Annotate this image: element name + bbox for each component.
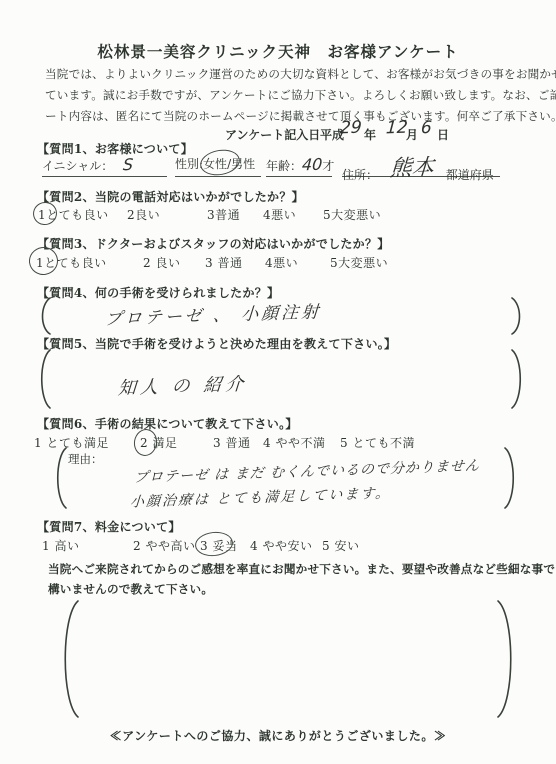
q1-age-field: 年齢：40才 [266,155,332,177]
form-title: 松林景一美容クリニック天神 お客様アンケート [0,40,556,62]
feedback-prompt-line1: 当院へご来院されてからのご感想を率直にお聞かせ下さい。また、要望や改善点など些細… [48,561,556,577]
feedback-bracket-left [58,600,80,718]
q3-option-3: 3 普通 [205,254,242,271]
q6-reason-line1-handwritten: プロテーゼ は まだ むくんでいるので分かりません [133,455,480,487]
q7-option-5: 5 安い [322,537,359,554]
q1-address-field: 住所： 熊本 都道府県 [342,155,500,177]
q6-option-3: 3 普通 [213,434,250,451]
date-month-unit: 月 [406,126,418,143]
date-label: アンケート記入日 [225,126,320,143]
q1-age-label: 年齢： [266,159,302,173]
q4-header: 【質問4、何の手術を受けられましたか？】 [37,284,279,301]
survey-scan-page: 松林景一美容クリニック天神 お客様アンケート 当院では、よりよいクリニック運営の… [0,0,556,764]
q5-answer-bracket-left [36,349,52,409]
intro-line-3: ート内容は、匿名にて当院のホームページに掲載させて頂く事もございます。何卒ご了承… [45,108,556,124]
q3-option-5: 5大変悪い [330,254,388,271]
q6-reason-bracket-left [52,447,68,509]
q5-header: 【質問5、当院で手術を受けようと決めた理由を教えて下さい。】 [37,335,396,352]
q1-initial-field: イニシャル： S [42,155,167,177]
q2-header: 【質問2、当院の電話対応はいかがでしたか？】 [37,188,304,205]
date-month-handwritten: 12 [385,118,408,139]
q1-initial-handwritten: S [122,155,133,174]
thanks-line: ≪アンケートへのご協力、誠にありがとうございました。≫ [0,727,556,744]
q6-option-5: 5 とても不満 [340,434,415,451]
q1-age-unit: 才 [322,159,334,173]
feedback-bracket-right [496,600,518,718]
q4-answer-bracket-right [510,297,526,335]
q4-answer-handwritten: プロテーゼ 、 小顔注射 [104,297,322,330]
q3-header: 【質問3、ドクターおよびスタッフの対応はいかがでしたか？】 [37,235,390,252]
q6-option-4: 4 やや不満 [263,434,325,451]
q3-option-2: 2 良い [143,254,180,271]
q6-option-1: 1 とても満足 [34,434,109,451]
q7-option-1: 1 高い [42,537,79,554]
q1-address-label: 住所： [342,168,378,182]
q2-option-2: 2良い [127,206,160,223]
date-year-unit: 年 [364,126,376,143]
q2-option-4: 4悪い [263,206,296,223]
intro-line-2: ています。誠にお手数ですが、アンケートにご協力下さい。よろしくお願い致します。な… [45,87,556,103]
q7-option-4: 4 やや安い [250,537,312,554]
q6-reason-label: 理由： [68,451,103,467]
feedback-prompt-line2: 構いませんので教えて下さい。 [48,581,213,597]
q6-reason-bracket-right [503,447,519,509]
date-day-unit: 日 [437,126,449,143]
q2-option-3: 3普通 [207,206,240,223]
q3-option-4: 4悪い [265,254,298,271]
q5-answer-bracket-right [510,349,526,409]
q1-initial-label: イニシャル： [42,159,113,173]
q7-header: 【質問7、料金について】 [37,518,181,535]
q2-option-5: 5大変悪い [323,206,381,223]
q1-age-handwritten: 40 [301,155,323,175]
date-year-handwritten: 29 [339,118,362,139]
q1-gender-label: 性別: [175,157,203,171]
q4-answer-bracket-left [36,297,52,335]
q1-address-handwritten: 熊本 [389,150,435,183]
date-day-handwritten: 6 [420,118,432,138]
q6-header: 【質問6、手術の結果について教えて下さい。】 [37,415,298,432]
intro-line-1: 当院では、よりよいクリニック運営のための大切な資料として、お客様がお気づきの事を… [45,66,556,82]
q1-address-unit: 都道府県 [446,168,494,182]
q7-option-2: 2 やや高い [133,537,195,554]
q5-answer-handwritten: 知人 の 紹介 [117,370,248,401]
q6-reason-line2-handwritten: 小顔治療は とても満足しています。 [129,482,392,511]
